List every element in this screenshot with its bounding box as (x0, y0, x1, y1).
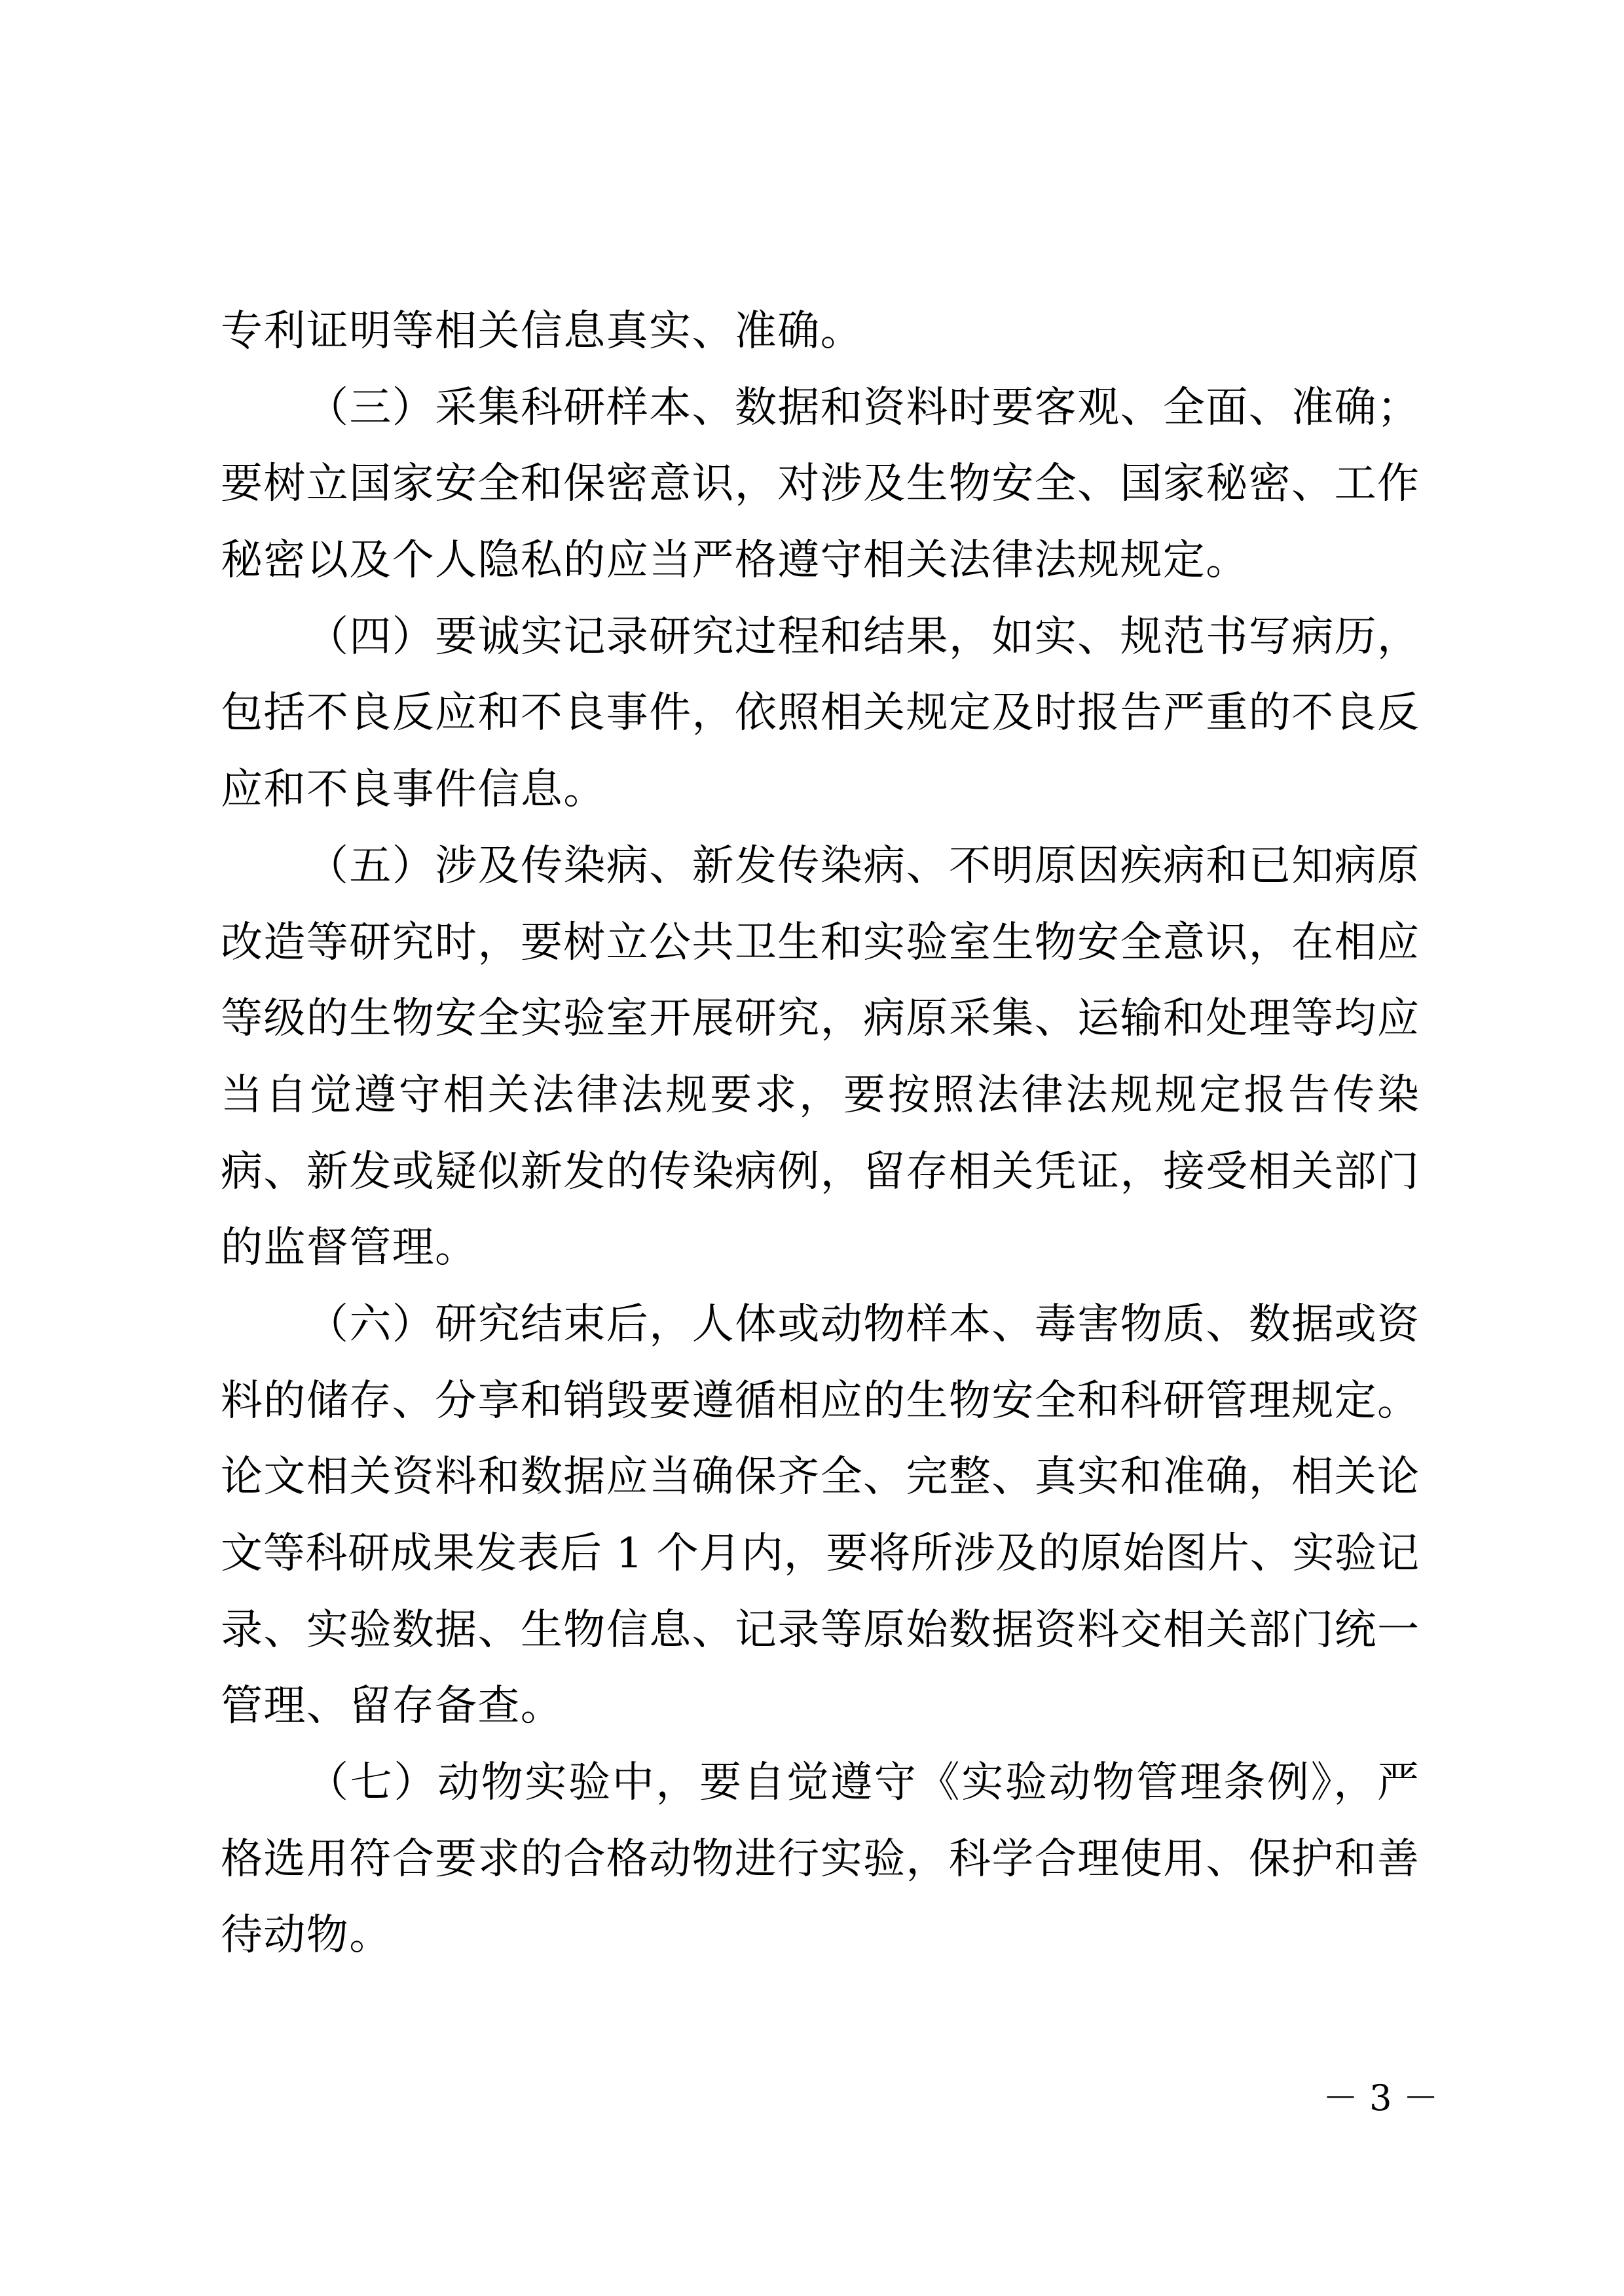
document-body: 专利证明等相关信息真实、准确。 （三）采集科研样本、数据和资料时要客观、全面、准… (221, 293, 1419, 1974)
text-line: 管理、留存备查。 (221, 1668, 1419, 1745)
paragraph-continuation: 专利证明等相关信息真实、准确。 (221, 293, 1419, 370)
text-line: 专利证明等相关信息真实、准确。 (221, 293, 1419, 370)
text-line: （五）涉及传染病、新发传染病、不明原因疾病和已知病原 (221, 828, 1419, 905)
paragraph-item-4: （四）要诚实记录研究过程和结果，如实、规范书写病历， 包括不良反应和不良事件，依… (221, 599, 1419, 828)
text-line: 论文相关资料和数据应当确保齐全、完整、真实和准确，相关论 (221, 1439, 1419, 1516)
text-line: 病、新发或疑似新发的传染病例，留存相关凭证，接受相关部门 (221, 1134, 1419, 1211)
text-line: 待动物。 (221, 1897, 1419, 1974)
paragraph-item-6: （六）研究结束后，人体或动物样本、毒害物质、数据或资 料的储存、分享和销毁要遵循… (221, 1286, 1419, 1745)
text-line: 的监督管理。 (221, 1210, 1419, 1286)
text-line: （七）动物实验中，要自觉遵守《实验动物管理条例》，严 (221, 1745, 1419, 1821)
text-line: 要树立国家安全和保密意识，对涉及生物安全、国家秘密、工作 (221, 446, 1419, 522)
text-line: 录、实验数据、生物信息、记录等原始数据资料交相关部门统一 (221, 1592, 1419, 1669)
paragraph-item-7: （七）动物实验中，要自觉遵守《实验动物管理条例》，严 格选用符合要求的合格动物进… (221, 1745, 1419, 1974)
text-line: 改造等研究时，要树立公共卫生和实验室生物安全意识，在相应 (221, 905, 1419, 981)
text-line: （四）要诚实记录研究过程和结果，如实、规范书写病历， (221, 599, 1419, 676)
text-line: 包括不良反应和不良事件，依照相关规定及时报告严重的不良反 (221, 675, 1419, 752)
text-line: 应和不良事件信息。 (221, 752, 1419, 828)
text-line: 格选用符合要求的合格动物进行实验，科学合理使用、保护和善 (221, 1821, 1419, 1898)
text-line: 秘密以及个人隐私的应当严格遵守相关法律法规规定。 (221, 522, 1419, 599)
text-line: （三）采集科研样本、数据和资料时要客观、全面、准确； (221, 370, 1419, 446)
text-line: 文等科研成果发表后 1 个月内，要将所涉及的原始图片、实验记 (221, 1516, 1419, 1592)
document-page: 专利证明等相关信息真实、准确。 （三）采集科研样本、数据和资料时要客观、全面、准… (0, 0, 1624, 2296)
text-line: 当自觉遵守相关法律法规要求，要按照法律法规规定报告传染 (221, 1057, 1419, 1134)
paragraph-item-3: （三）采集科研样本、数据和资料时要客观、全面、准确； 要树立国家安全和保密意识，… (221, 370, 1419, 599)
paragraph-item-5: （五）涉及传染病、新发传染病、不明原因疾病和已知病原 改造等研究时，要树立公共卫… (221, 828, 1419, 1286)
text-line: 料的储存、分享和销毁要遵循相应的生物安全和科研管理规定。 (221, 1363, 1419, 1440)
page-number: － 3 － (1323, 2075, 1428, 2121)
text-line: 等级的生物安全实验室开展研究，病原采集、运输和处理等均应 (221, 981, 1419, 1057)
text-line: （六）研究结束后，人体或动物样本、毒害物质、数据或资 (221, 1286, 1419, 1363)
